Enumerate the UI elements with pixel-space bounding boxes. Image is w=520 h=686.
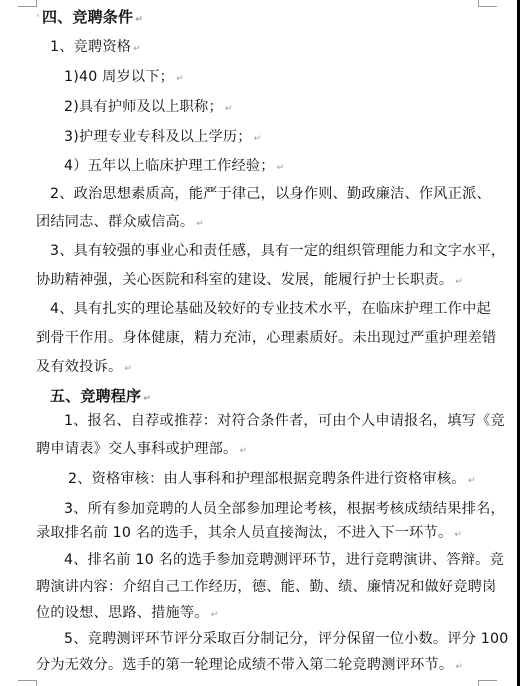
crop-mark-bottom-left	[18, 680, 37, 686]
text-line: 1、竞聘资格↵	[50, 38, 141, 58]
text-line: 分为无效分。选手的第一轮理论成绩不带入第二轮竞聘测评环节。↵	[36, 656, 463, 676]
text-line: 3、所有参加竞聘的人员全部参加理论考核，根据考核成绩结果排名，	[64, 500, 505, 518]
text-line: 4、具有扎实的理论基础及较好的专业技术水平，在临床护理工作中起	[50, 300, 491, 318]
paragraph-mark-icon: ↵	[254, 134, 262, 144]
paragraph-mark-icon: ↵	[133, 44, 141, 54]
text-line: 聘申请表》交人事科或护理部。↵	[36, 440, 247, 460]
text-line: 1)40 周岁以下；↵	[64, 68, 184, 88]
document-page: 四、竞聘条件·↵1、竞聘资格↵1)40 周岁以下；↵2)具有护师及以上职称；↵3…	[0, 0, 517, 686]
line-text: 4）五年以上临床护理工作经验；	[64, 158, 275, 174]
text-line: 3、具有较强的事业心和责任感，具有一定的组织管理能力和文字水平，	[50, 242, 505, 260]
line-text: 五、竞聘程序	[50, 387, 141, 405]
paragraph-mark-icon: ↵	[135, 15, 143, 25]
line-text: 协助精神强，关心医院和科室的建设、发展，能履行护士长职责。	[36, 272, 453, 288]
line-text: 聘申请表》交人事科或护理部。	[36, 441, 237, 457]
text-line: 到骨干作用。身体健康，精力充沛，心理素质好。未出现过严重护理差错	[36, 329, 496, 347]
text-line: 5、竞聘测评环节评分采取百分制记分，评分保留一位小数。评分 100	[64, 630, 508, 648]
line-text: 聘演讲内容：介绍自己工作经历，德、能、勤、绩、廉情况和做好竞聘岗	[36, 579, 496, 595]
line-text: 4、具有扎实的理论基础及较好的专业技术水平，在临床护理工作中起	[50, 301, 491, 317]
paragraph-mark-icon: ↵	[468, 476, 476, 486]
text-line: 录取排名前 10 名的选手，其余人员直接淘汰，不进入下一环节。↵	[36, 524, 462, 544]
line-text: 1)40 周岁以下；	[64, 69, 174, 85]
paragraph-mark-icon: ↵	[455, 277, 463, 287]
paragraph-mark-icon: ↵	[239, 446, 247, 456]
crop-mark-bottom-right	[478, 680, 497, 686]
line-text: 到骨干作用。身体健康，精力充沛，心理素质好。未出现过严重护理差错	[36, 330, 496, 346]
text-line: 2)具有护师及以上职称；↵	[64, 98, 233, 118]
paragraph-mark-icon: ↵	[454, 530, 462, 540]
line-text: 2、政治思想素质高，能严于律己，以身作则、勤政廉洁、作风正派、	[50, 186, 491, 202]
text-line: 4）五年以上临床护理工作经验；↵	[64, 157, 284, 177]
line-text: 团结同志、群众威信高。	[36, 214, 194, 230]
line-text: 4、排名前 10 名的选手参加竞聘测评环节，进行竞聘演讲、答辩。竞	[64, 552, 504, 568]
paragraph-mark-icon: ↵	[176, 74, 184, 84]
text-line: 聘演讲内容：介绍自己工作经历，德、能、勤、绩、廉情况和做好竞聘岗	[36, 578, 496, 596]
paragraph-mark-icon: ↵	[455, 662, 463, 672]
section-heading: 四、竞聘条件·↵	[42, 8, 143, 29]
list-bullet-icon: ·	[36, 8, 40, 26]
line-text: 位的设想、思路、措施等。	[36, 605, 209, 621]
line-text: 四、竞聘条件	[42, 8, 133, 26]
line-text: 3、所有参加竞聘的人员全部参加理论考核，根据考核成绩结果排名，	[64, 501, 505, 517]
text-line: 及有效投诉。↵	[36, 358, 132, 378]
paragraph-mark-icon: ↵	[143, 394, 151, 404]
paragraph-mark-icon: ↵	[225, 104, 233, 114]
line-text: 5、竞聘测评环节评分采取百分制记分，评分保留一位小数。评分 100	[64, 631, 508, 647]
paragraph-mark-icon: ↵	[124, 364, 132, 374]
line-text: 3、具有较强的事业心和责任感，具有一定的组织管理能力和文字水平，	[50, 243, 505, 259]
text-line: 协助精神强，关心医院和科室的建设、发展，能履行护士长职责。↵	[36, 271, 463, 291]
line-text: 及有效投诉。	[36, 359, 122, 375]
line-text: 1、报名、自荐或推荐：对符合条件者，可由个人申请报名，填写《竞	[64, 413, 505, 429]
line-text: 1、竞聘资格	[50, 39, 131, 55]
crop-mark-top-right	[478, 0, 497, 7]
line-text: 2)具有护师及以上职称；	[64, 99, 223, 115]
text-line: 4、排名前 10 名的选手参加竞聘测评环节，进行竞聘演讲、答辩。竞	[64, 551, 504, 569]
text-line: 位的设想、思路、措施等。↵	[36, 604, 218, 624]
paragraph-mark-icon: ↵	[211, 610, 219, 620]
paragraph-mark-icon: ↵	[277, 163, 285, 173]
text-line: 2、资格审核：由人事科和护理部根据竞聘条件进行资格审核。↵	[68, 470, 475, 490]
section-heading: 五、竞聘程序↵	[50, 387, 151, 408]
text-line: 团结同志、群众威信高。↵	[36, 213, 204, 233]
paragraph-mark-icon: ↵	[196, 219, 204, 229]
text-line: 2、政治思想素质高，能严于律己，以身作则、勤政廉洁、作风正派、	[50, 185, 491, 203]
line-text: 2、资格审核：由人事科和护理部根据竞聘条件进行资格审核。	[68, 471, 466, 487]
text-line: 1、报名、自荐或推荐：对符合条件者，可由个人申请报名，填写《竞	[64, 412, 505, 430]
line-text: 3)护理专业专科及以上学历；	[64, 129, 252, 145]
text-line: 3)护理专业专科及以上学历；↵	[64, 128, 261, 148]
line-text: 分为无效分。选手的第一轮理论成绩不带入第二轮竞聘测评环节。	[36, 657, 453, 673]
crop-mark-top-left	[18, 0, 37, 7]
line-text: 录取排名前 10 名的选手，其余人员直接淘汰，不进入下一环节。	[36, 525, 452, 541]
